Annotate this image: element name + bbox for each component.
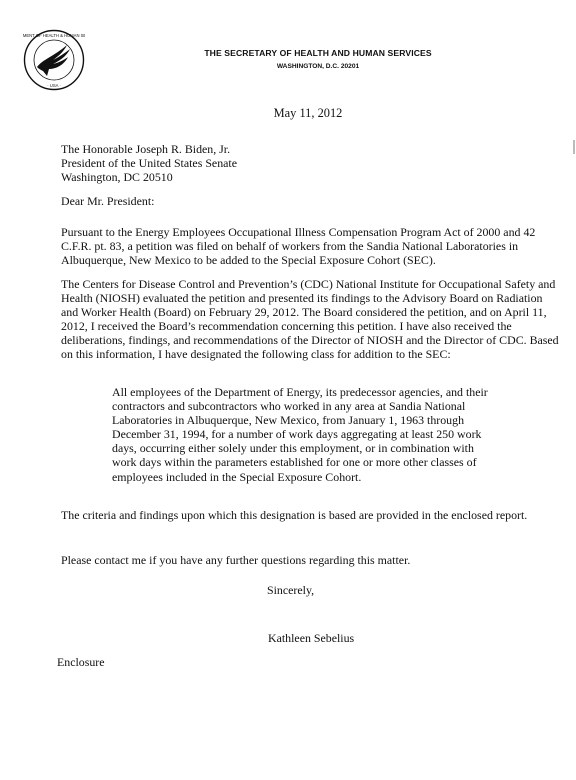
body-paragraph-2: The Centers for Disease Control and Prev…: [61, 277, 561, 362]
signer-name: Kathleen Sebelius: [268, 631, 354, 646]
enclosure-note: Enclosure: [57, 655, 105, 670]
letterhead-location: WASHINGTON, D.C. 20201: [0, 63, 576, 70]
closing: Sincerely,: [267, 583, 314, 598]
class-definition-quote: All employees of the Department of Energ…: [112, 385, 492, 484]
salutation: Dear Mr. President:: [61, 194, 154, 208]
scan-artifact: [573, 140, 575, 154]
body-paragraph-4: Please contact me if you have any furthe…: [61, 553, 410, 567]
recipient-city: Washington, DC 20510: [61, 170, 237, 184]
recipient-title: President of the United States Senate: [61, 156, 237, 170]
letterhead-title: THE SECRETARY OF HEALTH AND HUMAN SERVIC…: [0, 48, 576, 58]
letter-date: May 11, 2012: [0, 106, 576, 121]
recipient-name: The Honorable Joseph R. Biden, Jr.: [61, 142, 237, 156]
hhs-seal-icon: DEPARTMENT OF HEALTH & HUMAN SERVICES · …: [23, 29, 85, 91]
svg-text:· USA ·: · USA ·: [47, 83, 61, 88]
body-paragraph-1: Pursuant to the Energy Employees Occupat…: [61, 225, 561, 267]
body-paragraph-3: The criteria and findings upon which thi…: [61, 508, 561, 522]
svg-text:DEPARTMENT OF HEALTH & HUMAN S: DEPARTMENT OF HEALTH & HUMAN SERVICES: [23, 33, 85, 38]
recipient-address: The Honorable Joseph R. Biden, Jr. Presi…: [61, 142, 237, 184]
